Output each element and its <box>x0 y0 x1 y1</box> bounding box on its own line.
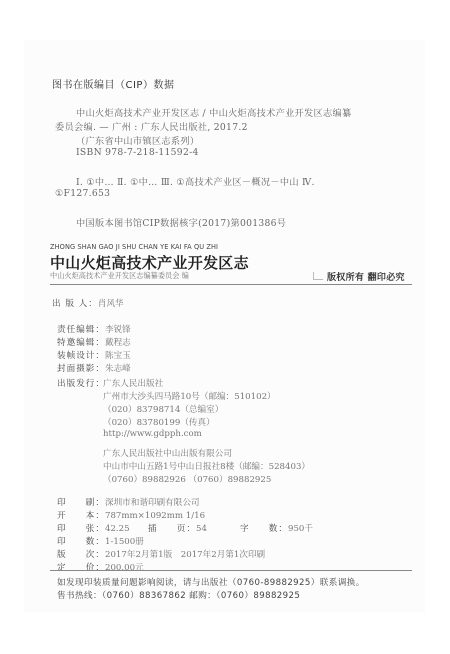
cip-heading: 图书在版编目（CIP）数据 <box>52 76 174 91</box>
sales-hotline: 售书热线：（0760）88367862 邮购：（0760）89882925 <box>57 589 300 601</box>
spec-words: 字 数：950千 <box>240 516 313 535</box>
spec-label: 定 价： <box>57 563 105 573</box>
spec-label: 字 数： <box>240 524 288 534</box>
corner-mark-icon <box>313 272 323 280</box>
cip-record-number: 中国版本图书馆CIP数据核字(2017)第001386号 <box>76 215 286 229</box>
spec-value: 200.00元 <box>105 563 144 573</box>
distribution-url: http://www.gdpph.com <box>103 429 202 439</box>
credit-value: 朱志峰 <box>105 364 131 374</box>
spec-plates: 插 页：54 <box>148 516 207 535</box>
spec-value: 950千 <box>288 524 313 534</box>
copyright-notice: 版权所有 翻印必究 <box>327 270 405 283</box>
distribution-line: 广东人民出版社 <box>103 377 163 389</box>
credit-label: 封面摄影： <box>57 364 105 374</box>
divider-top <box>50 284 412 285</box>
distribution-line: （020）83798714（总编室） <box>103 403 223 415</box>
credit-staff-row: 封面摄影：朱志峰 <box>57 356 131 375</box>
cip-entry-line-2: 委员会编. — 广州 : 广东人民出版社, 2017.2 <box>55 119 248 133</box>
credit-value: 肖风华 <box>98 299 124 309</box>
branch-line: （0760）89882926 （0760）89882925 <box>103 473 271 485</box>
divider-bottom <box>50 570 412 571</box>
spec-value: 54 <box>196 524 207 534</box>
book-editor: 中山火炬高技术产业开发区志编纂委员会 编 <box>50 271 189 281</box>
cip-classification-line-1: Ⅰ. ①中… Ⅱ. ①中… Ⅲ. ①高技术产业区－概况－中山 Ⅳ. <box>76 174 315 188</box>
cip-isbn: ISBN 978-7-218-11592-4 <box>76 147 199 158</box>
spec-price: 定 价：200.00元 <box>57 555 144 574</box>
branch-line: 中山市中山五路1号中山日报社8楼（邮编：528403） <box>103 460 310 472</box>
quality-notice: 如发现印装质量问题影响阅读，请与出版社（0760-89882925）联系调换。 <box>57 576 365 588</box>
spec-label: 插 页： <box>148 524 196 534</box>
book-title-pinyin: ZHONG SHAN GAO JI SHU CHAN YE KAI FA QU … <box>50 243 218 251</box>
credit-publisher-person: 出 版 人：肖风华 <box>52 291 124 310</box>
branch-line: 广东人民出版社中山出版有限公司 <box>103 447 232 459</box>
credit-label: 出 版 人： <box>52 299 98 309</box>
distribution-label: 出版发行： <box>57 377 105 389</box>
distribution-line: 广州市大沙头四马路10号（邮编：510102） <box>103 390 276 402</box>
cip-entry-line-1: 中山火炬高技术产业开发区志 / 中山火炬高技术产业开发区志编纂 <box>76 105 352 119</box>
book-title: 中山火炬高技术产业开发区志 <box>50 252 249 273</box>
distribution-line: （020）83780199（传真） <box>103 416 215 428</box>
cip-classification-line-2: ①F127.653 <box>55 188 110 199</box>
cip-series: （广东省中山市镇区志系列） <box>76 133 199 147</box>
